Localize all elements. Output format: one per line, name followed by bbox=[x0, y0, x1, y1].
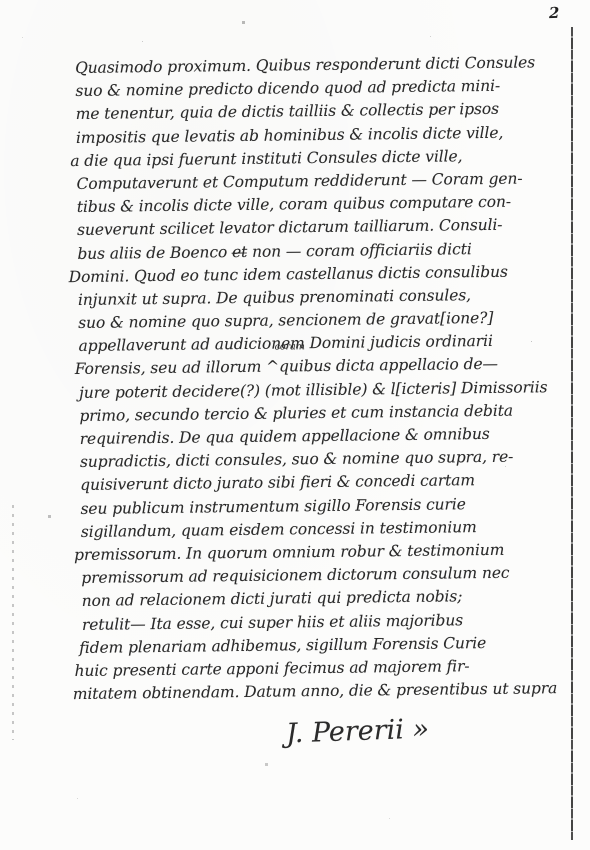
page-number: 2 bbox=[549, 4, 560, 22]
interlinear-insertion: coram bbox=[275, 342, 305, 352]
scan-edge-line bbox=[571, 27, 573, 840]
scan-noise bbox=[0, 0, 1, 1]
binding-marks bbox=[12, 505, 14, 740]
text-line: mitatem obtinendam. Datum anno, die & pr… bbox=[73, 677, 543, 706]
signature: J. Pererii » bbox=[286, 714, 430, 750]
manuscript-page: 2 Quasimodo proximum. Quibus responderun… bbox=[0, 0, 590, 850]
manuscript-text: Quasimodo proximum. Quibus responderunt … bbox=[75, 51, 543, 706]
